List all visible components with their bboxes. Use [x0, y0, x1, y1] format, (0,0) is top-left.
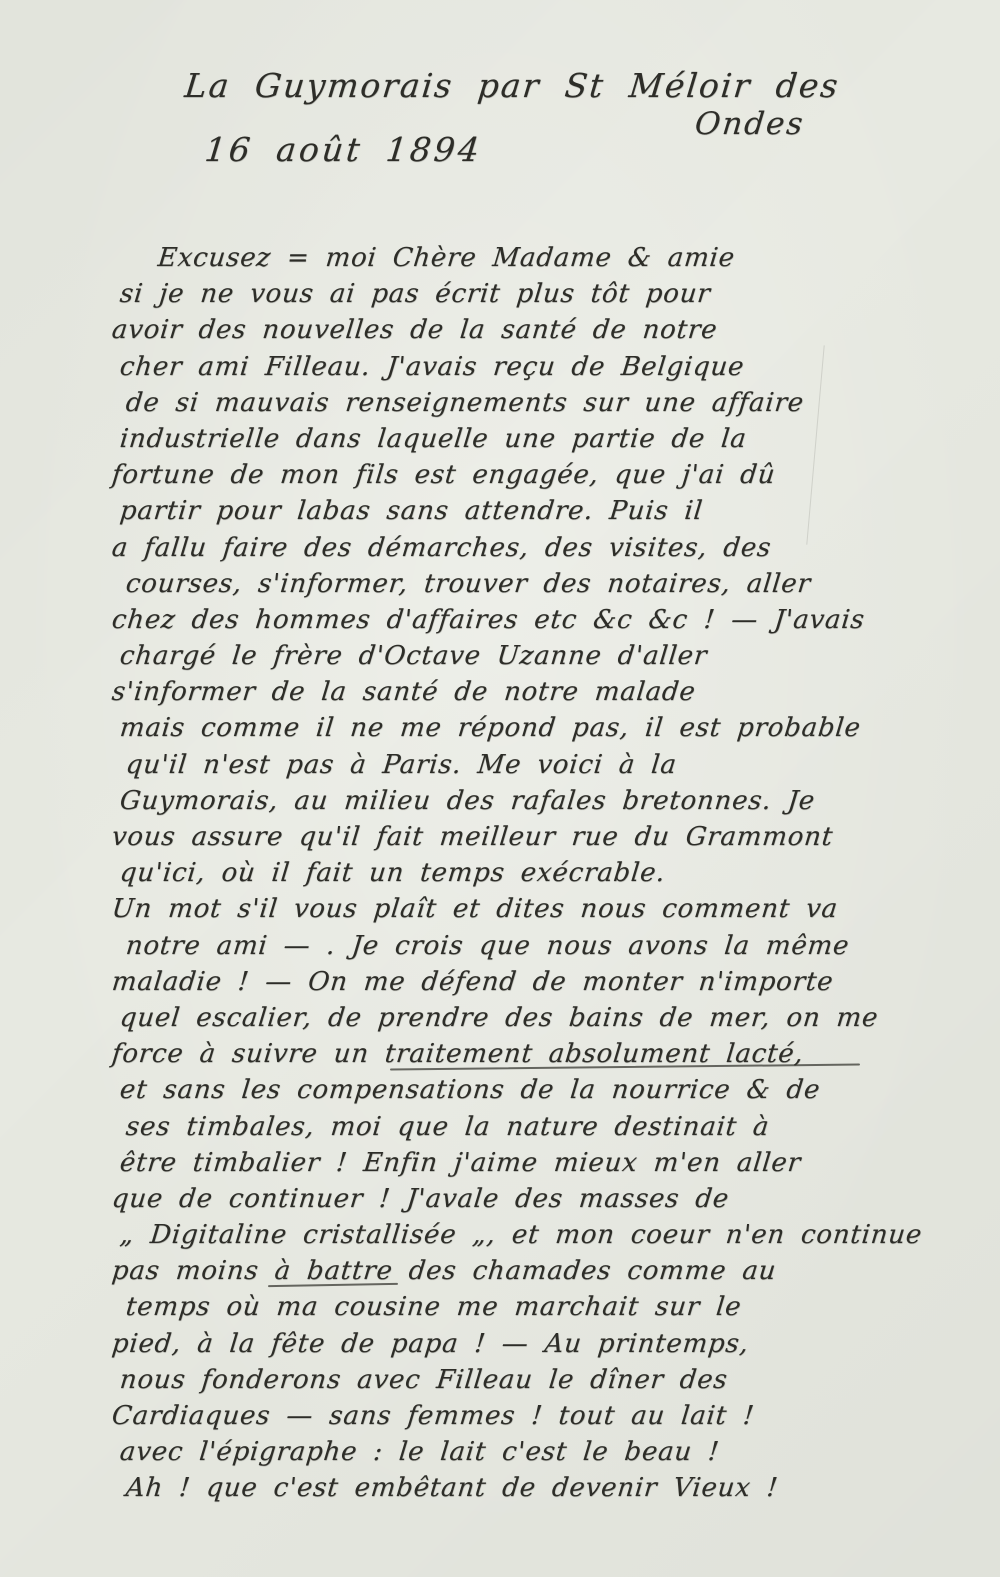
letter-line: qu'il n'est pas à Paris. Me voici à la — [124, 747, 974, 783]
letter-line: mais comme il ne me répond pas, il est p… — [118, 710, 974, 746]
letter-line: avec l'épigraphe : le lait c'est le beau… — [118, 1434, 974, 1470]
letter-line: que de continuer ! J'avale des masses de — [110, 1181, 974, 1217]
letter-line: maladie ! — On me défend de monter n'imp… — [110, 964, 974, 1000]
letter-line: chargé le frère d'Octave Uzanne d'aller — [118, 638, 974, 674]
letter-body: Excusez = moi Chère Madame & amiesi je n… — [112, 240, 972, 1507]
letter-line: être timbalier ! Enfin j'aime mieux m'en… — [118, 1145, 974, 1181]
letter-line: a fallu faire des démarches, des visites… — [110, 530, 974, 566]
letter-line: de si mauvais renseignements sur une aff… — [124, 385, 974, 421]
letter-line: et sans les compensations de la nourrice… — [118, 1072, 974, 1108]
letter-location-line2: Ondes — [693, 106, 806, 142]
letter-line: cher ami Filleau. J'avais reçu de Belgiq… — [118, 349, 974, 385]
letter-line: Un mot s'il vous plaît et dites nous com… — [110, 891, 974, 927]
letter-line: avoir des nouvelles de la santé de notre — [110, 312, 974, 348]
letter-line: „ Digitaline cristallisée „, et mon coeu… — [118, 1217, 974, 1253]
letter-line: si je ne vous ai pas écrit plus tôt pour — [118, 276, 974, 312]
letter-line: notre ami — . Je crois que nous avons la… — [124, 928, 974, 964]
letter-line: quel escalier, de prendre des bains de m… — [118, 1000, 974, 1036]
letter-line: industrielle dans laquelle une partie de… — [118, 421, 974, 457]
letter-line: nous fonderons avec Filleau le dîner des — [118, 1362, 974, 1398]
letter-line: chez des hommes d'affaires etc &c &c ! —… — [110, 602, 974, 638]
letter-page: La Guymorais par St Méloir des Ondes 16 … — [0, 0, 1000, 1577]
letter-line: courses, s'informer, trouver des notaire… — [124, 566, 974, 602]
letter-line: ses timbales, moi que la nature destinai… — [124, 1109, 974, 1145]
letter-line: Guymorais, au milieu des rafales bretonn… — [118, 783, 974, 819]
letter-line: qu'ici, où il fait un temps exécrable. — [118, 855, 974, 891]
letter-line: Excusez = moi Chère Madame & amie — [156, 240, 974, 276]
letter-location-line1: La Guymorais par St Méloir des — [183, 66, 842, 105]
letter-line: pas moins à battre des chamades comme au — [110, 1253, 974, 1289]
letter-line: Ah ! que c'est embêtant de devenir Vieux… — [124, 1470, 974, 1506]
letter-line: partir pour labas sans attendre. Puis il — [118, 493, 974, 529]
letter-line: temps où ma cousine me marchait sur le — [124, 1289, 974, 1325]
letter-line: vous assure qu'il fait meilleur rue du G… — [110, 819, 974, 855]
letter-line: s'informer de la santé de notre malade — [110, 674, 974, 710]
letter-line: pied, à la fête de papa ! — Au printemps… — [110, 1326, 974, 1362]
letter-line: Cardiaques — sans femmes ! tout au lait … — [110, 1398, 974, 1434]
letter-line: fortune de mon fils est engagée, que j'a… — [110, 457, 974, 493]
letter-date: 16 août 1894 — [203, 130, 484, 169]
